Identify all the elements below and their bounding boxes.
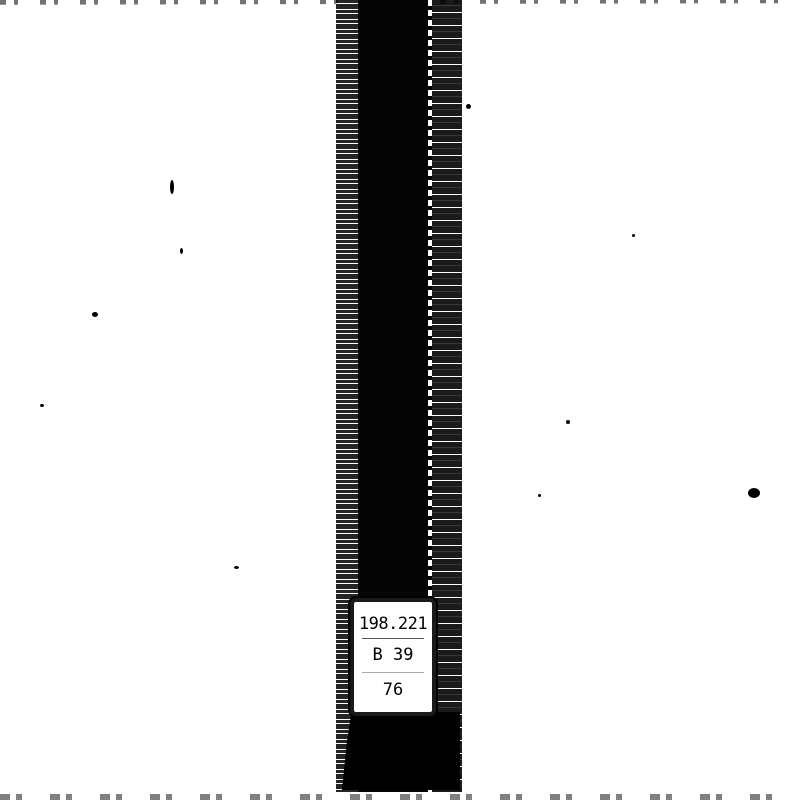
scan-speck [748, 488, 760, 498]
scan-speck [92, 312, 98, 317]
scan-bottom-edge [0, 794, 800, 800]
call-number-cutter: B 39 [358, 645, 428, 665]
spine-right-band [432, 0, 462, 792]
call-number-year: 76 [358, 680, 428, 700]
scan-speck [538, 494, 541, 497]
scan-speck [170, 180, 174, 194]
scan-speck [40, 404, 44, 407]
label-divider [362, 638, 424, 639]
label-divider [362, 672, 424, 673]
call-number-label: 198.221 B 39 76 [350, 598, 436, 716]
spine-lower-worn-area [342, 712, 460, 790]
scan-speck [466, 104, 471, 109]
scan-speck [566, 420, 570, 424]
scanned-page: 198.221 B 39 76 [0, 0, 800, 800]
scan-speck [180, 248, 183, 254]
scan-speck [234, 566, 239, 569]
scan-speck [632, 234, 635, 237]
call-number-class: 198.221 [358, 614, 428, 634]
